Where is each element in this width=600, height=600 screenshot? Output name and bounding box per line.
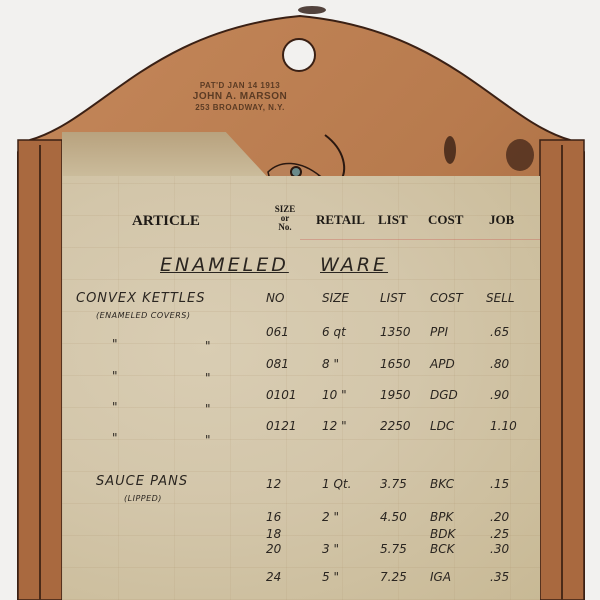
cell-sell: .90 (490, 388, 509, 402)
stamp-address: 253 BROADWAY, N.Y. (180, 102, 300, 113)
cell-no: 061 (266, 325, 289, 339)
header-article: ARTICLE (132, 213, 200, 230)
cell-list: 1350 (380, 325, 411, 339)
ditto-mark: " (205, 371, 211, 385)
cell-sell: .80 (490, 357, 509, 371)
cell-cost: IGA (430, 570, 451, 584)
cell-size: 8 " (322, 357, 339, 371)
cell-no: 12 (266, 477, 281, 491)
hw-header-sell: SELL (486, 291, 515, 305)
section-name: CONVEX KETTLES (76, 291, 206, 306)
cell-list: 2250 (380, 419, 411, 433)
cell-sell: .65 (490, 325, 509, 339)
header-cost: COST (428, 212, 463, 228)
cell-no: 18 (266, 527, 281, 541)
section-note: (LIPPED) (124, 494, 162, 503)
cell-no: 0121 (266, 419, 297, 433)
ditto-mark: " (112, 431, 118, 445)
cell-list: 5.75 (380, 542, 407, 556)
cell-size: 1 Qt. (322, 477, 351, 491)
cell-size: 3 " (322, 542, 339, 556)
hw-header-cost: COST (430, 291, 463, 305)
cell-cost: BKC (430, 477, 454, 491)
ditto-mark: " (205, 339, 211, 353)
cell-sell: .20 (490, 510, 509, 524)
ditto-mark: " (112, 337, 118, 351)
cell-no: 20 (266, 542, 281, 556)
ditto-mark: " (112, 400, 118, 414)
cell-list: 4.50 (380, 510, 407, 524)
stamp-maker-name: JOHN A. MARSON (180, 91, 300, 102)
cell-cost: DGD (430, 388, 458, 402)
cell-cost: PPI (430, 325, 448, 339)
ruled-line (300, 239, 540, 240)
cell-cost: LDC (430, 419, 454, 433)
header-list: LIST (378, 212, 408, 228)
cell-sell: .25 (490, 527, 509, 541)
cell-no: 0101 (266, 388, 297, 402)
cell-sell: .30 (490, 542, 509, 556)
cell-size: 12 " (322, 419, 347, 433)
hw-header-no: NO (266, 291, 284, 305)
cell-cost: BCK (430, 542, 454, 556)
stamp-patent-date: PAT'D JAN 14 1913 (180, 80, 300, 91)
cell-list: 7.25 (380, 570, 407, 584)
cell-size: 2 " (322, 510, 339, 524)
printed-header-row: ARTICLE SIZE or No. RETAIL LIST COST JOB (0, 205, 600, 235)
cell-sell: .35 (490, 570, 509, 584)
section-name: SAUCE PANS (96, 474, 188, 489)
cell-no: 16 (266, 510, 281, 524)
hw-header-list: LIST (380, 291, 405, 305)
maker-stamp: PAT'D JAN 14 1913 JOHN A. MARSON 253 BRO… (180, 80, 300, 113)
hw-header-size: SIZE (322, 291, 349, 305)
header-retail: RETAIL (316, 212, 365, 228)
ditto-mark: " (205, 433, 211, 447)
header-job: JOB (489, 212, 514, 228)
ditto-mark: " (112, 369, 118, 383)
cell-size: 6 qt (322, 325, 346, 339)
cell-sell: .15 (490, 477, 509, 491)
ditto-mark: " (205, 402, 211, 416)
cell-cost: BDK (430, 527, 455, 541)
header-size-or-no: SIZE or No. (271, 205, 299, 232)
cell-no: 24 (266, 570, 281, 584)
title-ware: WARE (320, 254, 388, 276)
title-enameled: ENAMELED (160, 254, 289, 276)
cell-cost: APD (430, 357, 455, 371)
cell-cost: BPK (430, 510, 453, 524)
cell-no: 081 (266, 357, 289, 371)
cell-list: 1950 (380, 388, 411, 402)
cell-list: 3.75 (380, 477, 407, 491)
cell-list: 1650 (380, 357, 411, 371)
header-size-line3: No. (271, 223, 299, 232)
cell-sell: 1.10 (490, 419, 517, 433)
cell-size: 10 " (322, 388, 347, 402)
cell-size: 5 " (322, 570, 339, 584)
section-note: (ENAMELED COVERS) (96, 311, 190, 320)
